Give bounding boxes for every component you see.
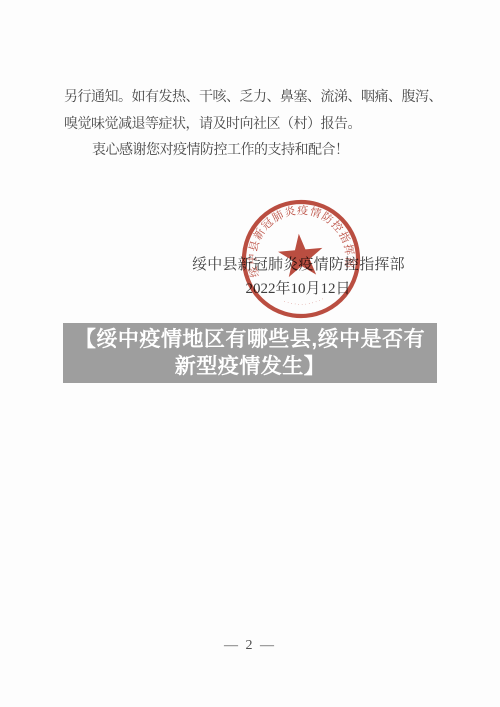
notice-paragraph: 另行通知。如有发热、干咳、乏力、鼻塞、流涕、咽痛、腹泻、 嗅觉味觉减退等症状，请… <box>64 85 446 165</box>
page-number: — 2 — <box>0 638 500 654</box>
paragraph-line-2: 嗅觉味觉减退等症状，请及时向社区（村）报告。 <box>64 112 446 139</box>
seal-bottom-marks: ············ <box>282 296 327 310</box>
paragraph-line-3: 衷心感谢您对疫情防控工作的支持和配合！ <box>64 138 446 165</box>
document-page: 另行通知。如有发热、干咳、乏力、鼻塞、流涕、咽痛、腹泻、 嗅觉味觉减退等症状，请… <box>0 0 500 707</box>
official-seal: 绥中县新冠肺炎疫情防控指挥部 ············ <box>231 189 372 330</box>
headline-line-1: 【绥中疫情地区有哪些县,绥中是否有 <box>75 326 425 353</box>
headline-line-2: 新型疫情发生】 <box>175 353 326 380</box>
headline-banner: 【绥中疫情地区有哪些县,绥中是否有 新型疫情发生】 <box>63 323 437 383</box>
paragraph-line-1: 另行通知。如有发热、干咳、乏力、鼻塞、流涕、咽痛、腹泻、 <box>64 85 446 112</box>
red-star-icon <box>277 232 325 278</box>
